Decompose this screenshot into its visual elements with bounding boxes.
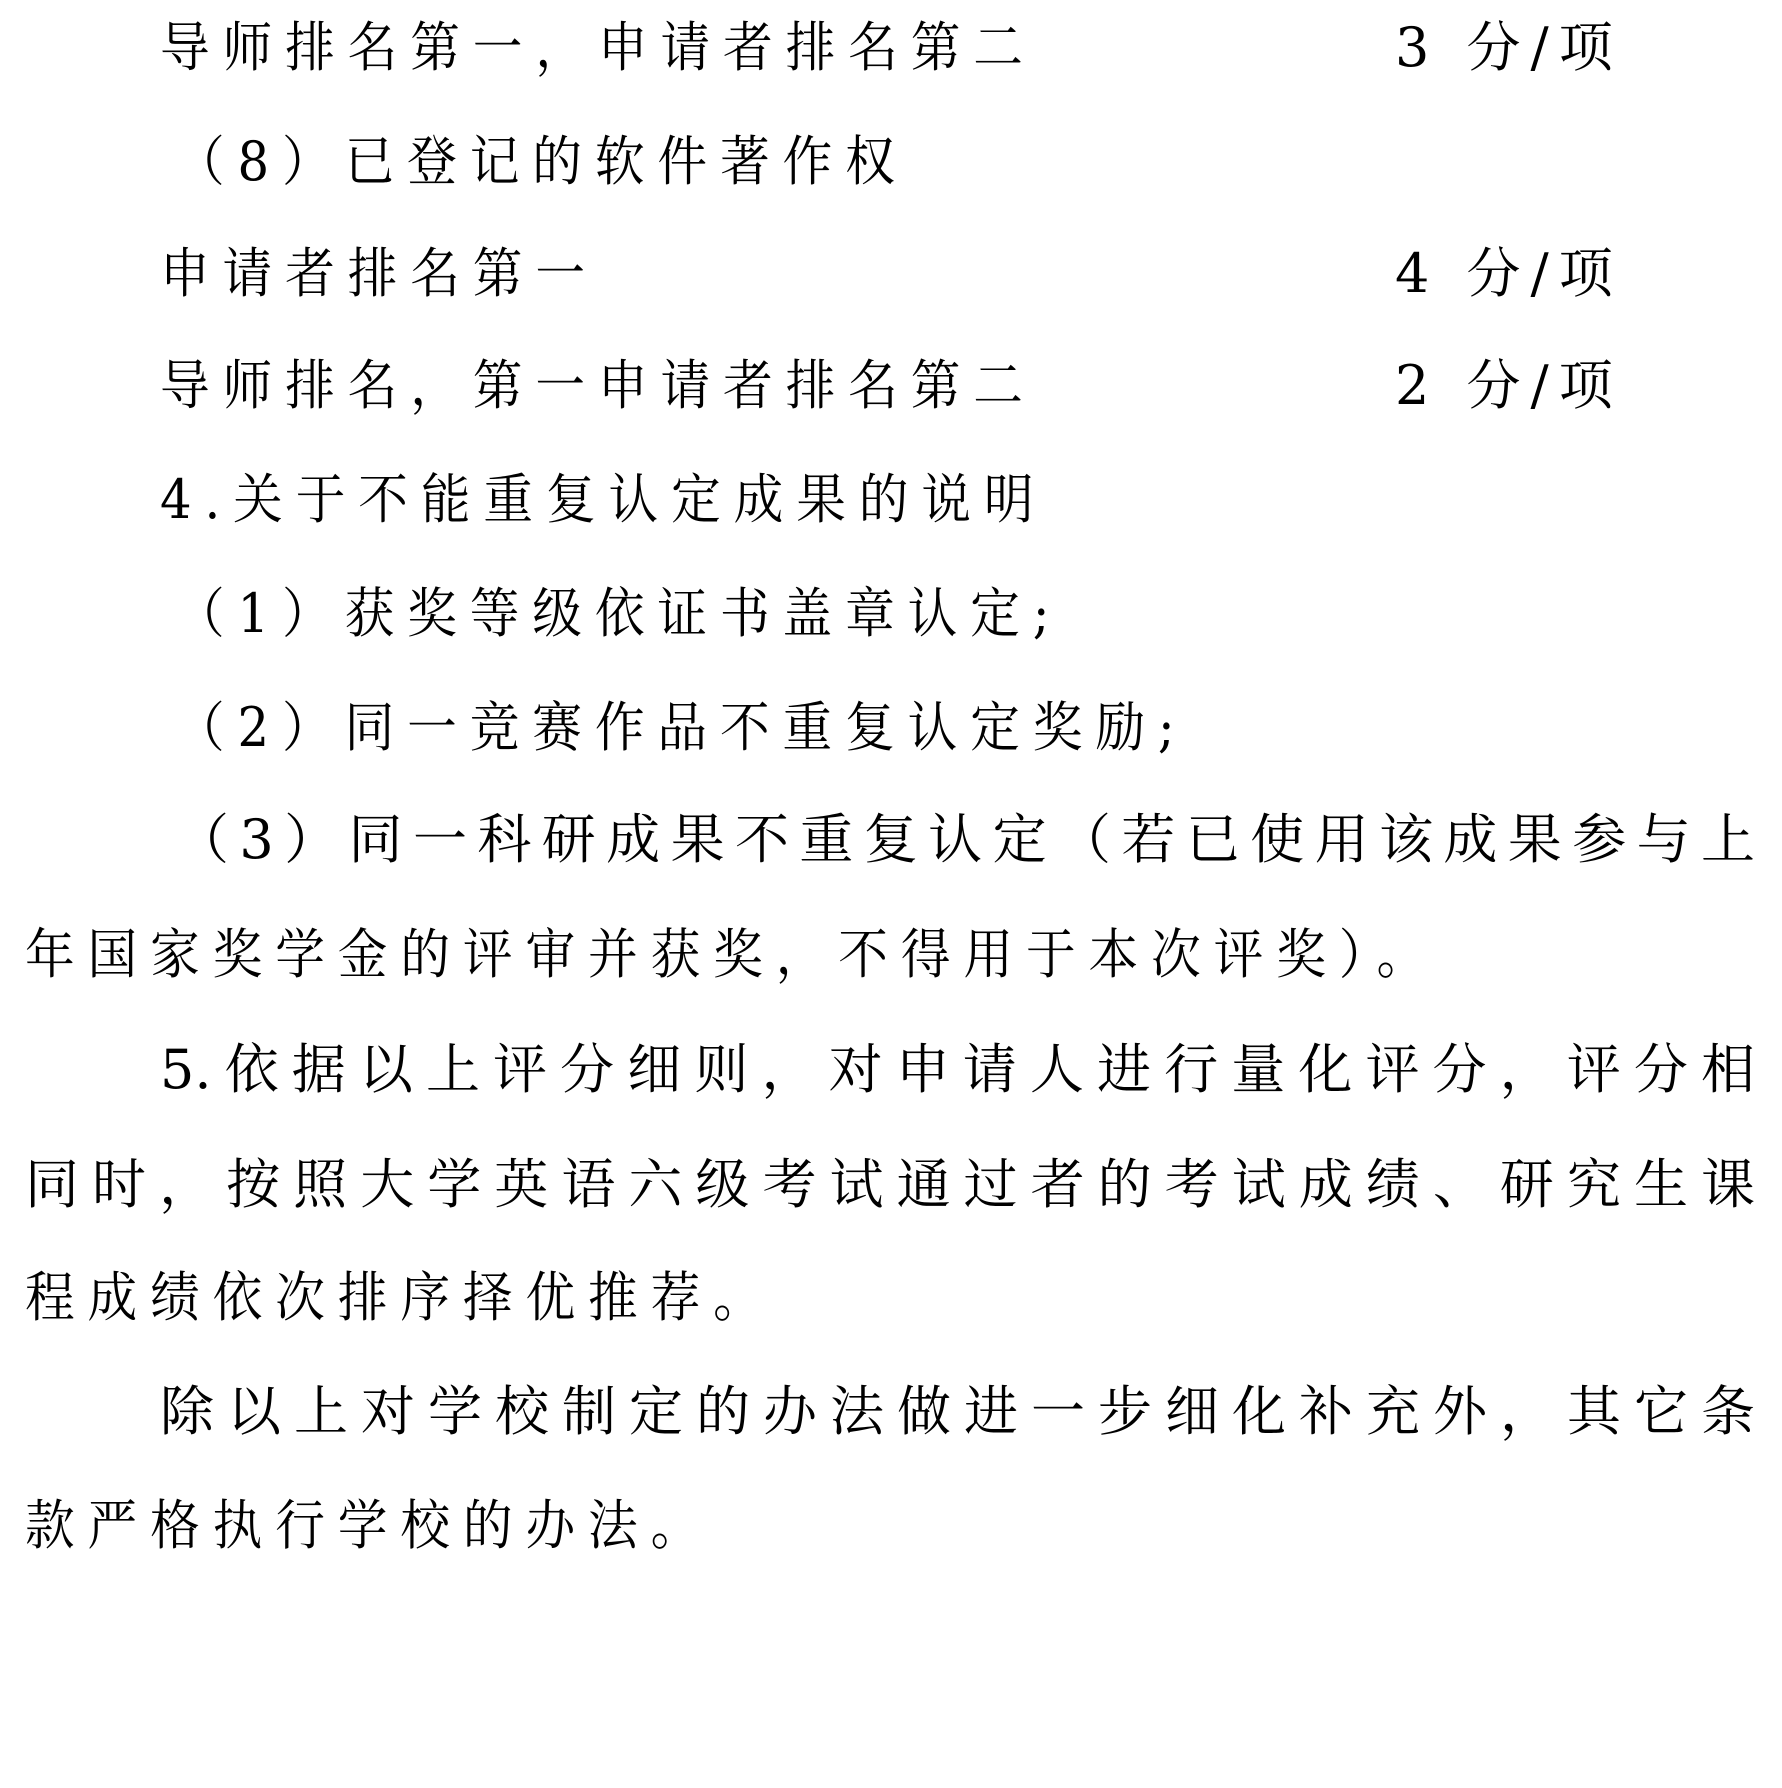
section-4-heading: 4.关于不能重复认定成果的说明 [160, 460, 1046, 540]
section-4-item-3: （3）同一科研成果不重复认定（若已使用该成果参与上 [175, 800, 1755, 880]
section-5-line-1: 5.依据以上评分细则，对申请人进行量化评分，评分相 [160, 1030, 1755, 1110]
section-5-line-3: 程成绩依次排序择优推荐。 [25, 1258, 776, 1338]
section-4-item-2: （2）同一竞赛作品不重复认定奖励; [175, 688, 1188, 768]
score-row-value: 4 分/项 [1395, 234, 1623, 314]
closing-line-2: 款严格执行学校的办法。 [25, 1486, 713, 1566]
score-row-label: 导师排名第一，申请者排名第二 [160, 8, 1036, 88]
section-5-line-2: 同时，按照大学英语六级考试通过者的考试成绩、研究生课 [25, 1145, 1755, 1225]
closing-line-1: 除以上对学校制定的办法做进一步细化补充外，其它条 [160, 1372, 1755, 1452]
score-row-label: 申请者排名第一 [160, 234, 598, 314]
section-4-item-3-continuation: 年国家奖学金的评审并获奖，不得用于本次评奖）。 [25, 915, 1439, 995]
item-8-heading: （8）已登记的软件著作权 [175, 122, 908, 202]
section-4-item-1: （1）获奖等级依证书盖章认定; [175, 574, 1062, 654]
score-row-label: 导师排名，第一申请者排名第二 [160, 346, 1036, 426]
score-row-value: 3 分/项 [1395, 8, 1623, 88]
score-row-value: 2 分/项 [1395, 346, 1623, 426]
